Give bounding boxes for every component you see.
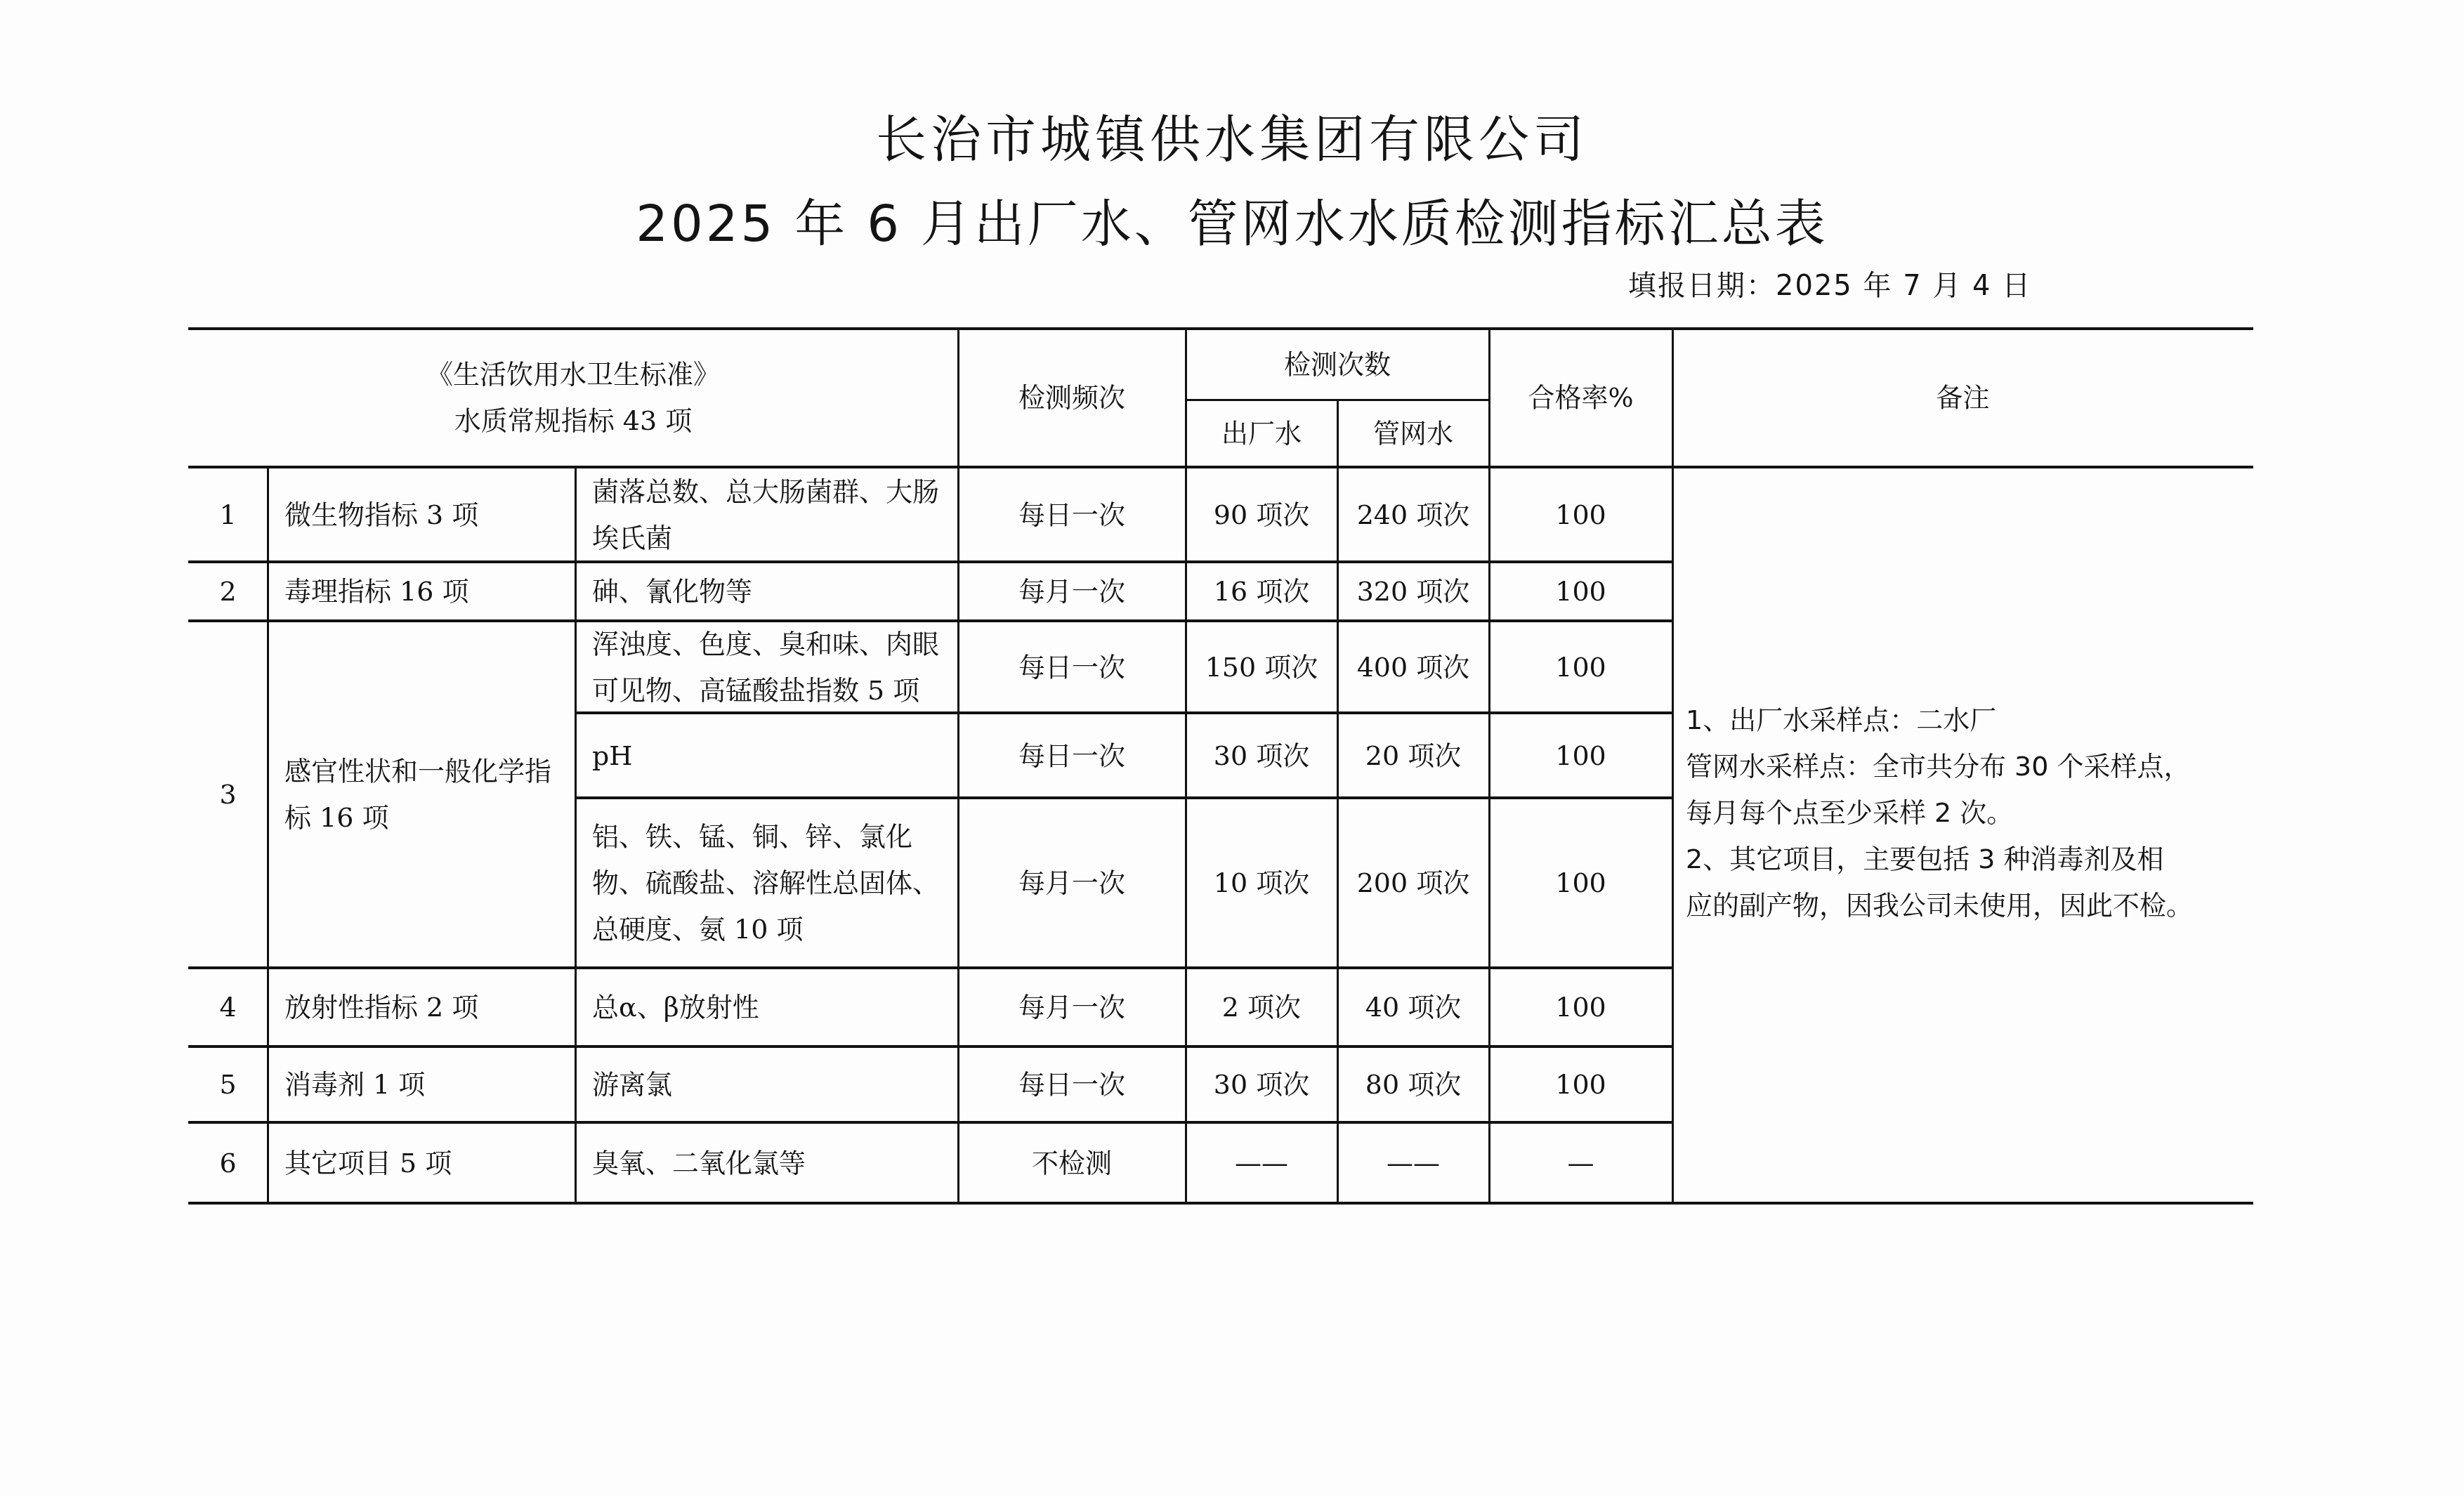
row-2-frequency: 每月一次 xyxy=(958,563,1186,620)
row-1-frequency: 每日一次 xyxy=(958,468,1186,561)
row-5-frequency: 每日一次 xyxy=(958,1047,1186,1122)
row-5-no: 5 xyxy=(188,1047,268,1122)
header-network-water: 管网水 xyxy=(1337,400,1489,466)
remarks-cell: 1、出厂水采样点：二水厂 管网水采样点：全市共分布 30 个采样点， 每月每个点… xyxy=(1686,697,2248,929)
row-1-items: 菌落总数、总大肠菌群、大肠埃氏菌 xyxy=(575,468,958,561)
header-remarks: 备注 xyxy=(1672,329,2253,466)
row-3-category: 感官性状和一般化学指标 16 项 xyxy=(268,622,575,967)
row-3b-factory: 30 项次 xyxy=(1186,714,1337,797)
row-4-no: 4 xyxy=(188,969,268,1046)
remark-line: 应的副产物，因我公司未使用，因此不检。 xyxy=(1686,882,2248,929)
row-3b-items: pH xyxy=(575,714,958,797)
row-4-rate: 100 xyxy=(1489,969,1672,1046)
row-6-no: 6 xyxy=(188,1123,268,1202)
row-6-frequency: 不检测 xyxy=(958,1123,1186,1202)
row-4-category: 放射性指标 2 项 xyxy=(268,969,575,1046)
row-4-factory: 2 项次 xyxy=(1186,969,1337,1046)
report-date: 填报日期：2025 年 7 月 4 日 xyxy=(1628,263,2031,303)
row-4-frequency: 每月一次 xyxy=(958,969,1186,1046)
row-1-rate: 100 xyxy=(1489,468,1672,561)
row-3b-frequency: 每日一次 xyxy=(958,714,1186,797)
row-3c-frequency: 每月一次 xyxy=(958,799,1186,967)
row-1-factory: 90 项次 xyxy=(1186,468,1337,561)
row-4-items: 总α、β放射性 xyxy=(575,969,958,1046)
row-3b-network: 20 项次 xyxy=(1337,714,1489,797)
row-3c-factory: 10 项次 xyxy=(1186,799,1337,967)
row-5-network: 80 项次 xyxy=(1337,1047,1489,1122)
row-5-items: 游离氯 xyxy=(575,1047,958,1122)
row-3a-network: 400 项次 xyxy=(1337,622,1489,712)
remark-line: 1、出厂水采样点：二水厂 xyxy=(1686,697,2248,743)
row-2-items: 砷、氰化物等 xyxy=(575,563,958,620)
remark-line: 管网水采样点：全市共分布 30 个采样点， xyxy=(1686,743,2248,789)
row-3a-rate: 100 xyxy=(1489,622,1672,712)
row-2-rate: 100 xyxy=(1489,563,1672,620)
row-2-factory: 16 项次 xyxy=(1186,563,1337,620)
row-2-network: 320 项次 xyxy=(1337,563,1489,620)
row-3b-rate: 100 xyxy=(1489,714,1672,797)
header-frequency: 检测频次 xyxy=(958,329,1186,466)
row-1-category: 微生物指标 3 项 xyxy=(268,468,575,561)
row-5-factory: 30 项次 xyxy=(1186,1047,1337,1122)
row-6-network: —— xyxy=(1337,1123,1489,1202)
header-standard-line1: 《生活饮用水卫生标准》 xyxy=(426,351,720,398)
header-count-group: 检测次数 xyxy=(1186,329,1489,400)
report-title: 2025 年 6 月出厂水、管网水水质检测指标汇总表 xyxy=(0,183,2464,256)
header-standard: 《生活饮用水卫生标准》 水质常规指标 43 项 xyxy=(188,329,958,466)
row-3c-rate: 100 xyxy=(1489,799,1672,967)
header-pass-rate: 合格率% xyxy=(1489,329,1672,466)
row-6-category: 其它项目 5 项 xyxy=(268,1123,575,1202)
remark-line: 每月每个点至少采样 2 次。 xyxy=(1686,789,2248,836)
row-1-network: 240 项次 xyxy=(1337,468,1489,561)
header-standard-line2: 水质常规指标 43 项 xyxy=(454,398,693,444)
header-factory-water: 出厂水 xyxy=(1186,400,1337,466)
row-3a-items: 浑浊度、色度、臭和味、肉眼可见物、高锰酸盐指数 5 项 xyxy=(575,622,958,712)
row-3a-frequency: 每日一次 xyxy=(958,622,1186,712)
row-5-category: 消毒剂 1 项 xyxy=(268,1047,575,1122)
row-2-category: 毒理指标 16 项 xyxy=(268,563,575,620)
row-1-no: 1 xyxy=(188,468,268,561)
row-3-no: 3 xyxy=(188,622,268,967)
row-5-rate: 100 xyxy=(1489,1047,1672,1122)
row-6-factory: —— xyxy=(1186,1123,1337,1202)
row-3c-network: 200 项次 xyxy=(1337,799,1489,967)
row-3c-items: 铝、铁、锰、铜、锌、氯化物、硫酸盐、溶解性总固体、总硬度、氨 10 项 xyxy=(575,799,958,967)
row-2-no: 2 xyxy=(188,563,268,620)
row-6-rate: — xyxy=(1489,1123,1672,1202)
remark-line: 2、其它项目，主要包括 3 种消毒剂及相 xyxy=(1686,836,2248,882)
row-6-items: 臭氧、二氧化氯等 xyxy=(575,1123,958,1202)
company-title: 长治市城镇供水集团有限公司 xyxy=(0,98,2464,171)
row-4-network: 40 项次 xyxy=(1337,969,1489,1046)
row-3a-factory: 150 项次 xyxy=(1186,622,1337,712)
